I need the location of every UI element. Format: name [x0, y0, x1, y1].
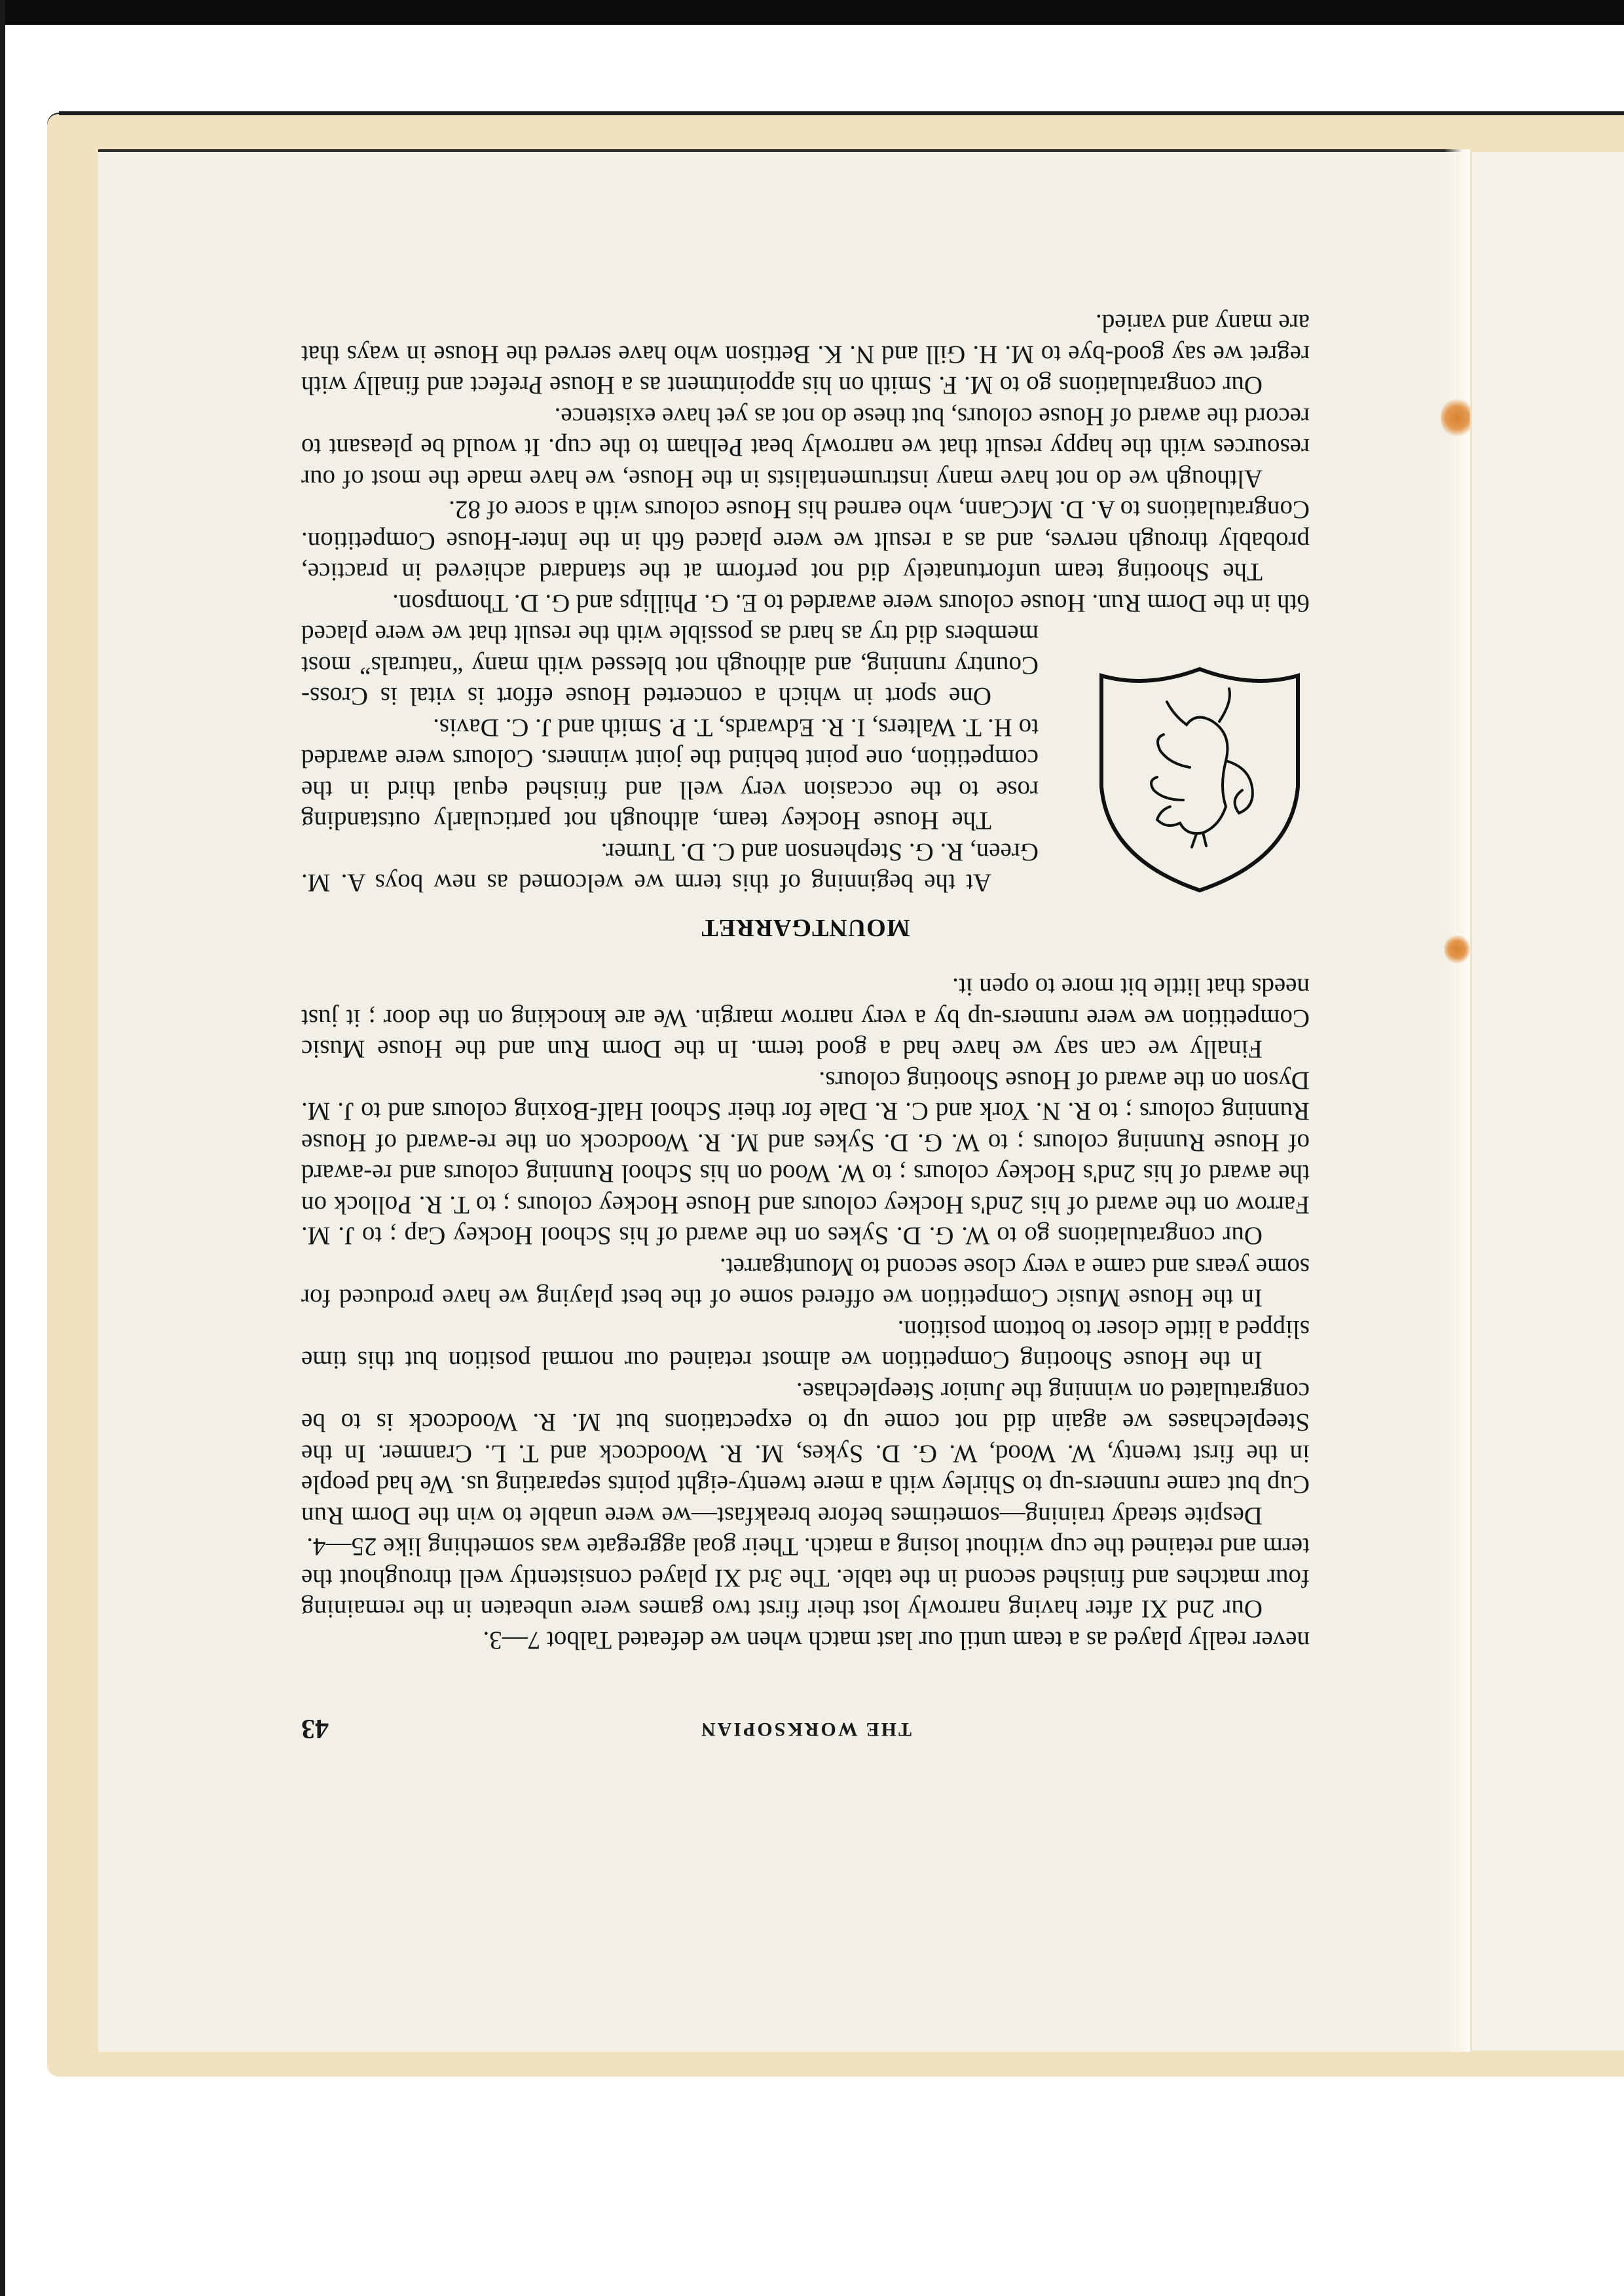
scanner-edge-left	[0, 0, 5, 2296]
paragraph: Our congratulations go to W. G. D. Sykes…	[301, 1065, 1310, 1252]
paragraph: Despite steady training—sometimes before…	[301, 1376, 1310, 1532]
paragraph: Finally we can say we have had a good te…	[301, 972, 1310, 1065]
paragraph: In the House Music Competition we offere…	[301, 1252, 1310, 1314]
paragraph: Our congratulations go to M. F. Smith on…	[301, 308, 1310, 401]
paragraph: Our 2nd XI after having narrowly lost th…	[301, 1531, 1310, 1625]
cover-edge-shadow	[59, 111, 1624, 115]
book-page: THE WORKSOPIAN 43 never really played as…	[98, 149, 1470, 2052]
page-header: THE WORKSOPIAN 43	[301, 1705, 1310, 1744]
article-body: never really played as a team until our …	[301, 308, 1310, 1656]
section-title-mountgarret: MOUNTGARRET	[301, 912, 1310, 943]
adjacent-page	[1472, 152, 1624, 2050]
running-title: THE WORKSOPIAN	[301, 1718, 1310, 1740]
page-number: 43	[301, 1713, 329, 1744]
paragraph: The Shooting team unfortunately did not …	[301, 494, 1310, 588]
paragraph: Although we do not have many instrumenta…	[301, 401, 1310, 495]
paragraph: In the House Shooting Competition we alm…	[301, 1314, 1310, 1376]
page-content-rotated: THE WORKSOPIAN 43 never really played as…	[98, 149, 1470, 2052]
paragraph: never really played as a team until our …	[301, 1625, 1310, 1656]
scanner-edge-top	[0, 0, 1624, 25]
shield-lion-icon	[1088, 637, 1311, 899]
house-crest	[1069, 624, 1311, 899]
